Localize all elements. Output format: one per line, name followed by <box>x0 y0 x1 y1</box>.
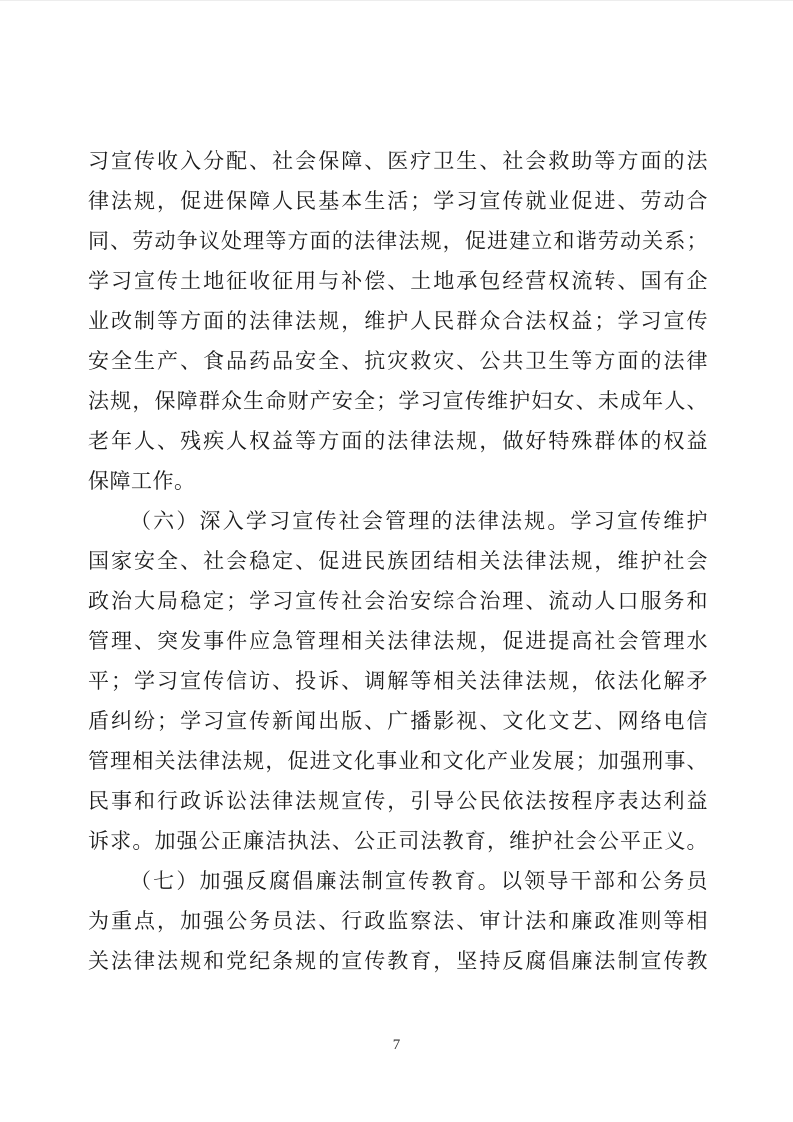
text-line: 业改制等方面的法律法规，维护人民群众合法权益；学习宣传 <box>88 301 708 341</box>
text-line: 政治大局稳定；学习宣传社会治安综合治理、流动人口服务和 <box>88 581 708 621</box>
text-line: 管理、突发事件应急管理相关法律法规，促进提高社会管理水 <box>88 621 708 661</box>
text-line: 律法规，促进保障人民基本生活；学习宣传就业促进、劳动合 <box>88 181 708 221</box>
text-line: 管理相关法律法规，促进文化事业和文化产业发展；加强刑事、 <box>88 741 708 781</box>
document-body: 习宣传收入分配、社会保障、医疗卫生、社会救助等方面的法律法规，促进保障人民基本生… <box>88 141 708 981</box>
text-line: 为重点，加强公务员法、行政监察法、审计法和廉政准则等相 <box>88 901 708 941</box>
text-line: 国家安全、社会稳定、促进民族团结相关法律法规，维护社会 <box>88 541 708 581</box>
document-page: 习宣传收入分配、社会保障、医疗卫生、社会救助等方面的法律法规，促进保障人民基本生… <box>0 0 793 1122</box>
text-line: 法规，保障群众生命财产安全；学习宣传维护妇女、未成年人、 <box>88 381 708 421</box>
text-line: 关法律法规和党纪条规的宣传教育，坚持反腐倡廉法制宣传教 <box>88 941 708 981</box>
text-line: （六）深入学习宣传社会管理的法律法规。学习宣传维护 <box>88 501 708 541</box>
text-line: 保障工作。 <box>88 461 708 501</box>
text-line: （七）加强反腐倡廉法制宣传教育。以领导干部和公务员 <box>88 861 708 901</box>
text-line: 平；学习宣传信访、投诉、调解等相关法律法规，依法化解矛 <box>88 661 708 701</box>
page-number: 7 <box>0 1037 793 1054</box>
text-line: 诉求。加强公正廉洁执法、公正司法教育，维护社会公平正义。 <box>88 821 708 861</box>
text-line: 盾纠纷；学习宣传新闻出版、广播影视、文化文艺、网络电信 <box>88 701 708 741</box>
text-line: 学习宣传土地征收征用与补偿、土地承包经营权流转、国有企 <box>88 261 708 301</box>
text-line: 安全生产、食品药品安全、抗灾救灾、公共卫生等方面的法律 <box>88 341 708 381</box>
text-line: 民事和行政诉讼法律法规宣传，引导公民依法按程序表达利益 <box>88 781 708 821</box>
text-line: 老年人、残疾人权益等方面的法律法规，做好特殊群体的权益 <box>88 421 708 461</box>
text-line: 习宣传收入分配、社会保障、医疗卫生、社会救助等方面的法 <box>88 141 708 181</box>
text-line: 同、劳动争议处理等方面的法律法规，促进建立和谐劳动关系； <box>88 221 708 261</box>
